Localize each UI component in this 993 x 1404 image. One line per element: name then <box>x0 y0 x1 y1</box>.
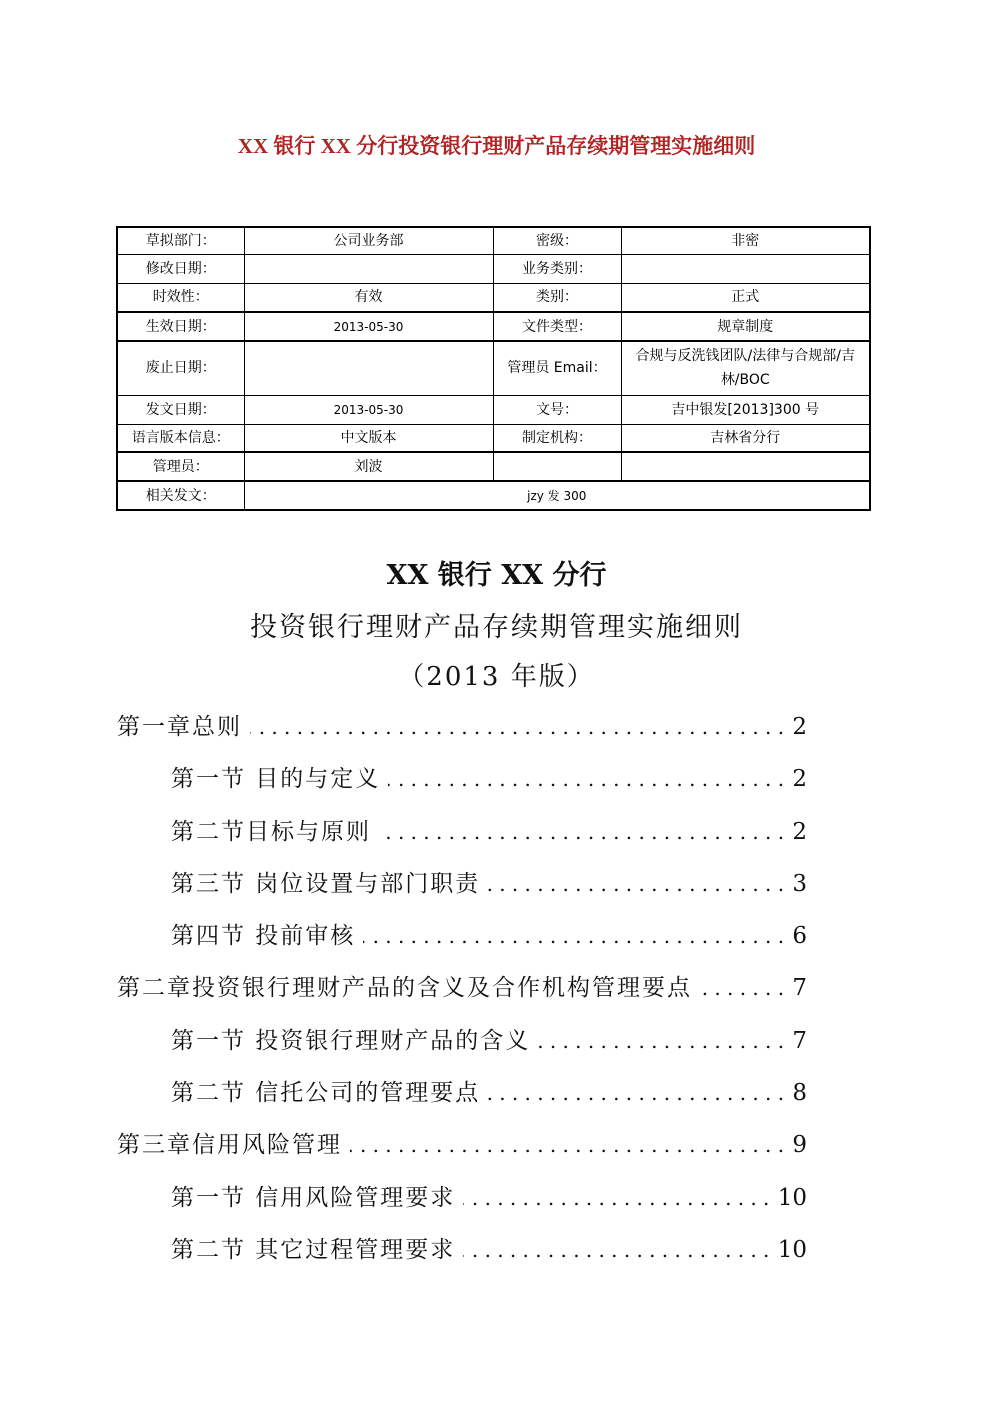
draft-department-label: 草拟部门： <box>117 227 244 254</box>
table-row: 生效日期： 2013-05-30 文件类型： 规章制度 <box>117 312 870 341</box>
document-number-value: 吉中银发[2013]300 号 <box>621 395 870 424</box>
document-header-title: XX 银行 XX 分行投资银行理财产品存续期管理实施细则 <box>0 130 993 160</box>
toc-dot-leader: ........................................… <box>700 966 790 1010</box>
issuing-organization-label: 制定机构： <box>493 424 621 452</box>
toc-item[interactable]: 第三节 岗位设置与部门职责 ..........................… <box>117 862 807 914</box>
toc-dot-leader: ........................................… <box>363 914 790 958</box>
table-row: 管理员： 刘波 <box>117 452 870 481</box>
effective-date-label: 生效日期： <box>117 312 244 341</box>
main-title-bank: XX 银行 XX 分行 <box>0 553 993 592</box>
effective-date-value: 2013-05-30 <box>244 312 493 341</box>
language-version-value: 中文版本 <box>244 424 493 452</box>
toc-item-page: 8 <box>790 1071 807 1115</box>
toc-item-title: 第二节 信托公司的管理要点 <box>171 1071 488 1115</box>
toc-item-page: 6 <box>790 914 807 958</box>
toc-dot-leader: ........................................… <box>488 1071 790 1115</box>
table-row: 发文日期： 2013-05-30 文号： 吉中银发[2013]300 号 <box>117 395 870 424</box>
toc-item-title: 第四节 投前审核 <box>171 914 363 958</box>
toc-dot-leader: ........................................… <box>388 757 790 801</box>
abolish-date-value <box>244 341 493 395</box>
issue-date-label: 发文日期： <box>117 395 244 424</box>
abolish-date-label: 废止日期： <box>117 341 244 395</box>
business-category-value <box>621 254 870 283</box>
administrator-label: 管理员： <box>117 452 244 481</box>
toc-item-page: 2 <box>790 810 807 854</box>
toc-dot-leader: ........................................… <box>463 1228 775 1272</box>
classification-value: 非密 <box>621 227 870 254</box>
table-row: 相关发文： jzy 发 300 <box>117 481 870 510</box>
main-title-edition: （2013 年版） <box>0 656 993 693</box>
toc-item[interactable]: 第三章信用风险管理 ..............................… <box>117 1123 807 1175</box>
toc-item[interactable]: 第一节 目的与定义 ..............................… <box>117 757 807 809</box>
toc-item-title: 第一章总则 <box>117 705 250 749</box>
table-row: 修改日期： 业务类别： <box>117 254 870 283</box>
category-label: 类别： <box>493 283 621 312</box>
related-documents-label: 相关发文： <box>117 481 244 510</box>
toc-item[interactable]: 第一章总则 ..................................… <box>117 705 807 757</box>
classification-label: 密级： <box>493 227 621 254</box>
toc-item-title: 第二节 其它过程管理要求 <box>171 1228 463 1272</box>
file-type-label: 文件类型： <box>493 312 621 341</box>
toc-item-page: 2 <box>790 705 807 749</box>
modified-date-label: 修改日期： <box>117 254 244 283</box>
table-row: 废止日期： 管理员 Email： 合规与反洗钱团队/法律与合规部/吉林/BOC <box>117 341 870 395</box>
toc-dot-leader: ........................................… <box>463 1176 775 1220</box>
table-row: 语言版本信息： 中文版本 制定机构： 吉林省分行 <box>117 424 870 452</box>
toc-item-title: 第一节 信用风险管理要求 <box>171 1176 463 1220</box>
toc-dot-leader: ........................................… <box>538 1019 790 1063</box>
toc-item-title: 第二章投资银行理财产品的含义及合作机构管理要点 <box>117 966 700 1010</box>
toc-item-title: 第二节目标与原则 <box>171 810 379 854</box>
toc-item[interactable]: 第二节目标与原则 ...............................… <box>117 810 807 862</box>
toc-dot-leader: ........................................… <box>379 810 790 854</box>
related-documents-value: jzy 发 300 <box>244 481 870 510</box>
toc-item-title: 第一节 目的与定义 <box>171 757 388 801</box>
main-title-subject: 投资银行理财产品存续期管理实施细则 <box>0 605 993 644</box>
file-type-value: 规章制度 <box>621 312 870 341</box>
language-version-label: 语言版本信息： <box>117 424 244 452</box>
toc-item-page: 9 <box>790 1123 807 1167</box>
toc-item-page: 7 <box>790 966 807 1010</box>
toc-dot-leader: ........................................… <box>250 705 790 749</box>
toc-item-title: 第三节 岗位设置与部门职责 <box>171 862 488 906</box>
empty-label-cell <box>493 452 621 481</box>
document-metadata-table: 草拟部门： 公司业务部 密级： 非密 修改日期： 业务类别： 时效性： 有效 类… <box>116 226 871 511</box>
toc-item[interactable]: 第一节 信用风险管理要求 ...........................… <box>117 1176 807 1228</box>
draft-department-value: 公司业务部 <box>244 227 493 254</box>
toc-item[interactable]: 第四节 投前审核 ...............................… <box>117 914 807 966</box>
toc-item-page: 3 <box>790 862 807 906</box>
category-value: 正式 <box>621 283 870 312</box>
toc-item-page: 2 <box>790 757 807 801</box>
table-of-contents: 第一章总则 ..................................… <box>117 705 807 1280</box>
business-category-label: 业务类别： <box>493 254 621 283</box>
modified-date-value <box>244 254 493 283</box>
administrator-value: 刘波 <box>244 452 493 481</box>
toc-item-page: 7 <box>790 1019 807 1063</box>
toc-item[interactable]: 第二节 其它过程管理要求 ...........................… <box>117 1228 807 1280</box>
table-row: 草拟部门： 公司业务部 密级： 非密 <box>117 227 870 254</box>
toc-item-title: 第一节 投资银行理财产品的含义 <box>171 1019 538 1063</box>
empty-value-cell <box>621 452 870 481</box>
validity-label: 时效性： <box>117 283 244 312</box>
admin-email-label: 管理员 Email： <box>493 341 621 395</box>
validity-value: 有效 <box>244 283 493 312</box>
admin-email-value: 合规与反洗钱团队/法律与合规部/吉林/BOC <box>621 341 870 395</box>
toc-dot-leader: ........................................… <box>350 1123 790 1167</box>
toc-dot-leader: ........................................… <box>488 862 790 906</box>
toc-item[interactable]: 第一节 投资银行理财产品的含义 ........................… <box>117 1019 807 1071</box>
toc-item[interactable]: 第二章投资银行理财产品的含义及合作机构管理要点 ................… <box>117 966 807 1018</box>
toc-item-title: 第三章信用风险管理 <box>117 1123 350 1167</box>
toc-item-page: 10 <box>776 1228 807 1272</box>
table-row: 时效性： 有效 类别： 正式 <box>117 283 870 312</box>
issue-date-value: 2013-05-30 <box>244 395 493 424</box>
issuing-organization-value: 吉林省分行 <box>621 424 870 452</box>
toc-item-page: 10 <box>776 1176 807 1220</box>
document-number-label: 文号： <box>493 395 621 424</box>
toc-item[interactable]: 第二节 信托公司的管理要点 ..........................… <box>117 1071 807 1123</box>
